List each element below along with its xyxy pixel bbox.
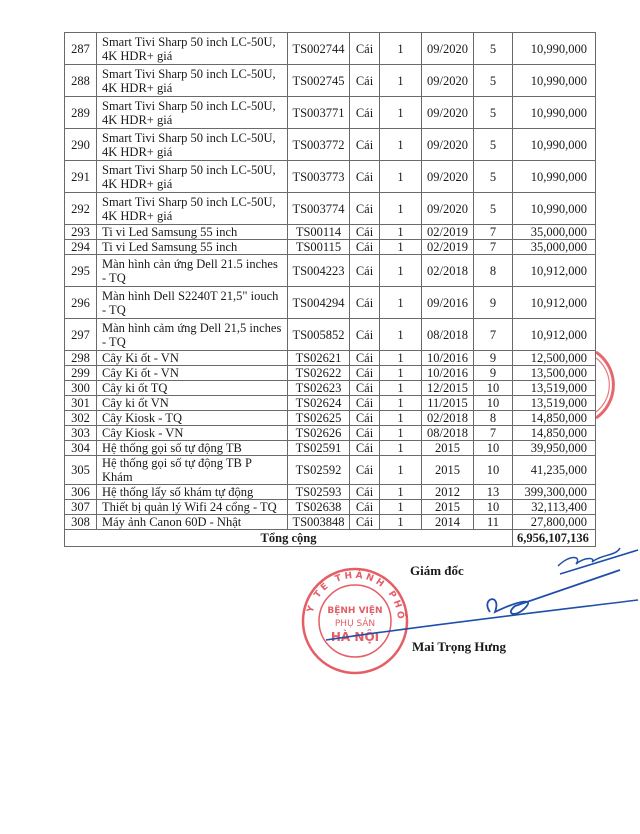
cell-unit: Cái bbox=[350, 225, 380, 240]
cell-unit: Cái bbox=[350, 381, 380, 396]
table-row: 306Hệ thống lấy số khám tự độngTS02593Cá… bbox=[65, 485, 596, 500]
cell-quantity: 1 bbox=[380, 396, 422, 411]
cell-row-number: 308 bbox=[65, 515, 97, 530]
cell-asset-name: Smart Tivi Sharp 50 inch LC-50U, 4K HDR+… bbox=[97, 65, 288, 97]
table-row: 289Smart Tivi Sharp 50 inch LC-50U, 4K H… bbox=[65, 97, 596, 129]
cell-asset-code: TS02624 bbox=[288, 396, 350, 411]
cell-unit: Cái bbox=[350, 65, 380, 97]
cell-quantity: 1 bbox=[380, 441, 422, 456]
cell-acquisition-date: 10/2016 bbox=[422, 351, 474, 366]
cell-asset-name: Máy ảnh Canon 60D - Nhật bbox=[97, 515, 288, 530]
cell-original-value: 35,000,000 bbox=[513, 240, 596, 255]
cell-acquisition-date: 2015 bbox=[422, 500, 474, 515]
cell-acquisition-date: 02/2019 bbox=[422, 240, 474, 255]
cell-asset-name: Màn hình cản ứng Dell 21.5 inches - TQ bbox=[97, 255, 288, 287]
cell-unit: Cái bbox=[350, 97, 380, 129]
cell-asset-name: Ti vi Led Samsung 55 inch bbox=[97, 225, 288, 240]
cell-acquisition-date: 02/2019 bbox=[422, 225, 474, 240]
cell-original-value: 10,990,000 bbox=[513, 97, 596, 129]
cell-years-used: 13 bbox=[474, 485, 513, 500]
cell-acquisition-date: 2015 bbox=[422, 456, 474, 485]
cell-unit: Cái bbox=[350, 515, 380, 530]
cell-original-value: 14,850,000 bbox=[513, 426, 596, 441]
cell-unit: Cái bbox=[350, 485, 380, 500]
table-row: 307Thiết bị quản lý Wifi 24 cổng - TQTS0… bbox=[65, 500, 596, 515]
table-row: 298Cây Ki ốt - VNTS02621Cái110/2016912,5… bbox=[65, 351, 596, 366]
cell-unit: Cái bbox=[350, 366, 380, 381]
cell-acquisition-date: 10/2016 bbox=[422, 366, 474, 381]
cell-asset-code: TS003771 bbox=[288, 97, 350, 129]
cell-asset-code: TS02592 bbox=[288, 456, 350, 485]
cell-asset-code: TS003848 bbox=[288, 515, 350, 530]
cell-asset-name: Ti vi Led Samsung 55 inch bbox=[97, 240, 288, 255]
cell-years-used: 5 bbox=[474, 33, 513, 65]
cell-original-value: 399,300,000 bbox=[513, 485, 596, 500]
cell-row-number: 307 bbox=[65, 500, 97, 515]
cell-unit: Cái bbox=[350, 193, 380, 225]
cell-acquisition-date: 08/2018 bbox=[422, 426, 474, 441]
table-row: 293Ti vi Led Samsung 55 inchTS00114Cái10… bbox=[65, 225, 596, 240]
cell-asset-code: TS003772 bbox=[288, 129, 350, 161]
cell-asset-name: Smart Tivi Sharp 50 inch LC-50U, 4K HDR+… bbox=[97, 129, 288, 161]
cell-years-used: 11 bbox=[474, 515, 513, 530]
cell-original-value: 12,500,000 bbox=[513, 351, 596, 366]
cell-row-number: 287 bbox=[65, 33, 97, 65]
cell-unit: Cái bbox=[350, 129, 380, 161]
cell-row-number: 294 bbox=[65, 240, 97, 255]
cell-original-value: 10,912,000 bbox=[513, 319, 596, 351]
cell-acquisition-date: 09/2020 bbox=[422, 193, 474, 225]
cell-quantity: 1 bbox=[380, 161, 422, 193]
cell-unit: Cái bbox=[350, 351, 380, 366]
cell-unit: Cái bbox=[350, 161, 380, 193]
cell-original-value: 35,000,000 bbox=[513, 225, 596, 240]
cell-row-number: 288 bbox=[65, 65, 97, 97]
cell-original-value: 10,990,000 bbox=[513, 193, 596, 225]
cell-original-value: 14,850,000 bbox=[513, 411, 596, 426]
cell-row-number: 300 bbox=[65, 381, 97, 396]
cell-quantity: 1 bbox=[380, 129, 422, 161]
cell-asset-code: TS002745 bbox=[288, 65, 350, 97]
cell-asset-name: Smart Tivi Sharp 50 inch LC-50U, 4K HDR+… bbox=[97, 33, 288, 65]
cell-asset-code: TS02621 bbox=[288, 351, 350, 366]
cell-years-used: 9 bbox=[474, 351, 513, 366]
table-row: 303Cây Kiosk - VNTS02626Cái108/2018714,8… bbox=[65, 426, 596, 441]
cell-quantity: 1 bbox=[380, 193, 422, 225]
cell-asset-name: Thiết bị quản lý Wifi 24 cổng - TQ bbox=[97, 500, 288, 515]
cell-original-value: 10,990,000 bbox=[513, 33, 596, 65]
cell-asset-code: TS02623 bbox=[288, 381, 350, 396]
cell-quantity: 1 bbox=[380, 351, 422, 366]
cell-unit: Cái bbox=[350, 319, 380, 351]
cell-asset-code: TS02638 bbox=[288, 500, 350, 515]
cell-original-value: 27,800,000 bbox=[513, 515, 596, 530]
table-row: 292Smart Tivi Sharp 50 inch LC-50U, 4K H… bbox=[65, 193, 596, 225]
cell-quantity: 1 bbox=[380, 319, 422, 351]
table-row: 294Ti vi Led Samsung 55 inchTS00115Cái10… bbox=[65, 240, 596, 255]
cell-quantity: 1 bbox=[380, 240, 422, 255]
cell-unit: Cái bbox=[350, 240, 380, 255]
cell-acquisition-date: 09/2020 bbox=[422, 33, 474, 65]
cell-years-used: 10 bbox=[474, 500, 513, 515]
table-row: 304Hệ thống gọi số tự động TBTS02591Cái1… bbox=[65, 441, 596, 456]
cell-acquisition-date: 02/2018 bbox=[422, 255, 474, 287]
cell-quantity: 1 bbox=[380, 456, 422, 485]
cell-asset-name: Cây Kiosk - TQ bbox=[97, 411, 288, 426]
cell-asset-code: TS02626 bbox=[288, 426, 350, 441]
cell-acquisition-date: 09/2020 bbox=[422, 161, 474, 193]
table-row: 299Cây Ki ốt - VNTS02622Cái110/2016913,5… bbox=[65, 366, 596, 381]
cell-row-number: 302 bbox=[65, 411, 97, 426]
cell-asset-code: TS004294 bbox=[288, 287, 350, 319]
cell-quantity: 1 bbox=[380, 366, 422, 381]
cell-row-number: 298 bbox=[65, 351, 97, 366]
cell-acquisition-date: 2014 bbox=[422, 515, 474, 530]
cell-years-used: 9 bbox=[474, 366, 513, 381]
table-row: 290Smart Tivi Sharp 50 inch LC-50U, 4K H… bbox=[65, 129, 596, 161]
cell-quantity: 1 bbox=[380, 485, 422, 500]
director-name: Mai Trọng Hưng bbox=[412, 639, 506, 655]
cell-asset-code: TS00114 bbox=[288, 225, 350, 240]
asset-table-container: 287Smart Tivi Sharp 50 inch LC-50U, 4K H… bbox=[64, 32, 595, 547]
cell-row-number: 291 bbox=[65, 161, 97, 193]
cell-row-number: 297 bbox=[65, 319, 97, 351]
cell-original-value: 32,113,400 bbox=[513, 500, 596, 515]
cell-years-used: 10 bbox=[474, 441, 513, 456]
cell-row-number: 303 bbox=[65, 426, 97, 441]
cell-quantity: 1 bbox=[380, 33, 422, 65]
cell-years-used: 5 bbox=[474, 161, 513, 193]
cell-row-number: 295 bbox=[65, 255, 97, 287]
cell-asset-name: Màn hình cảm ứng Dell 21,5 inches - TQ bbox=[97, 319, 288, 351]
cell-unit: Cái bbox=[350, 426, 380, 441]
cell-unit: Cái bbox=[350, 33, 380, 65]
page-seal-edge bbox=[594, 350, 624, 420]
cell-asset-name: Hệ thống gọi số tự động TB bbox=[97, 441, 288, 456]
cell-original-value: 10,912,000 bbox=[513, 255, 596, 287]
cell-acquisition-date: 09/2020 bbox=[422, 129, 474, 161]
cell-original-value: 10,990,000 bbox=[513, 161, 596, 193]
cell-unit: Cái bbox=[350, 456, 380, 485]
cell-acquisition-date: 12/2015 bbox=[422, 381, 474, 396]
cell-quantity: 1 bbox=[380, 381, 422, 396]
cell-asset-name: Hệ thống lấy số khám tự động bbox=[97, 485, 288, 500]
cell-original-value: 10,990,000 bbox=[513, 129, 596, 161]
cell-original-value: 13,519,000 bbox=[513, 396, 596, 411]
table-row: 301Cây ki ốt VNTS02624Cái111/20151013,51… bbox=[65, 396, 596, 411]
table-row: 296Màn hình Dell S2240T 21,5" iouch - TQ… bbox=[65, 287, 596, 319]
cell-years-used: 7 bbox=[474, 426, 513, 441]
cell-years-used: 10 bbox=[474, 456, 513, 485]
cell-asset-code: TS00115 bbox=[288, 240, 350, 255]
cell-years-used: 8 bbox=[474, 255, 513, 287]
cell-quantity: 1 bbox=[380, 65, 422, 97]
cell-original-value: 13,500,000 bbox=[513, 366, 596, 381]
cell-quantity: 1 bbox=[380, 426, 422, 441]
cell-quantity: 1 bbox=[380, 500, 422, 515]
cell-original-value: 39,950,000 bbox=[513, 441, 596, 456]
cell-row-number: 293 bbox=[65, 225, 97, 240]
cell-quantity: 1 bbox=[380, 255, 422, 287]
cell-asset-name: Hệ thống gọi số tự động TB P Khám bbox=[97, 456, 288, 485]
cell-asset-name: Cây Ki ốt - VN bbox=[97, 366, 288, 381]
cell-acquisition-date: 2015 bbox=[422, 441, 474, 456]
cell-unit: Cái bbox=[350, 411, 380, 426]
cell-asset-code: TS02591 bbox=[288, 441, 350, 456]
cell-years-used: 5 bbox=[474, 129, 513, 161]
cell-row-number: 301 bbox=[65, 396, 97, 411]
cell-years-used: 10 bbox=[474, 381, 513, 396]
director-title: Giám đốc bbox=[410, 563, 464, 579]
cell-row-number: 296 bbox=[65, 287, 97, 319]
cell-original-value: 13,519,000 bbox=[513, 381, 596, 396]
table-row: 305Hệ thống gọi số tự động TB P KhámTS02… bbox=[65, 456, 596, 485]
cell-asset-name: Smart Tivi Sharp 50 inch LC-50U, 4K HDR+… bbox=[97, 97, 288, 129]
cell-years-used: 8 bbox=[474, 411, 513, 426]
cell-asset-name: Cây ki ốt VN bbox=[97, 396, 288, 411]
cell-asset-code: TS003774 bbox=[288, 193, 350, 225]
cell-asset-code: TS02625 bbox=[288, 411, 350, 426]
cell-unit: Cái bbox=[350, 287, 380, 319]
cell-original-value: 10,912,000 bbox=[513, 287, 596, 319]
cell-row-number: 304 bbox=[65, 441, 97, 456]
cell-row-number: 292 bbox=[65, 193, 97, 225]
table-row: 288Smart Tivi Sharp 50 inch LC-50U, 4K H… bbox=[65, 65, 596, 97]
cell-years-used: 9 bbox=[474, 287, 513, 319]
cell-years-used: 7 bbox=[474, 240, 513, 255]
table-row: 295Màn hình cản ứng Dell 21.5 inches - T… bbox=[65, 255, 596, 287]
cell-acquisition-date: 11/2015 bbox=[422, 396, 474, 411]
cell-unit: Cái bbox=[350, 500, 380, 515]
cell-original-value: 10,990,000 bbox=[513, 65, 596, 97]
table-row: 287Smart Tivi Sharp 50 inch LC-50U, 4K H… bbox=[65, 33, 596, 65]
cell-asset-code: TS003773 bbox=[288, 161, 350, 193]
cell-unit: Cái bbox=[350, 441, 380, 456]
cell-asset-name: Smart Tivi Sharp 50 inch LC-50U, 4K HDR+… bbox=[97, 161, 288, 193]
cell-quantity: 1 bbox=[380, 411, 422, 426]
cell-years-used: 5 bbox=[474, 97, 513, 129]
cell-row-number: 305 bbox=[65, 456, 97, 485]
cell-row-number: 306 bbox=[65, 485, 97, 500]
cell-acquisition-date: 2012 bbox=[422, 485, 474, 500]
cell-asset-name: Cây ki ốt TQ bbox=[97, 381, 288, 396]
cell-years-used: 7 bbox=[474, 319, 513, 351]
cell-acquisition-date: 09/2020 bbox=[422, 97, 474, 129]
table-row: 300Cây ki ốt TQTS02623Cái112/20151013,51… bbox=[65, 381, 596, 396]
cell-acquisition-date: 02/2018 bbox=[422, 411, 474, 426]
table-row: 291Smart Tivi Sharp 50 inch LC-50U, 4K H… bbox=[65, 161, 596, 193]
cell-asset-name: Cây Ki ốt - VN bbox=[97, 351, 288, 366]
table-row: 297Màn hình cảm ứng Dell 21,5 inches - T… bbox=[65, 319, 596, 351]
cell-years-used: 10 bbox=[474, 396, 513, 411]
asset-table: 287Smart Tivi Sharp 50 inch LC-50U, 4K H… bbox=[64, 32, 596, 547]
cell-asset-code: TS002744 bbox=[288, 33, 350, 65]
cell-row-number: 290 bbox=[65, 129, 97, 161]
cell-years-used: 5 bbox=[474, 193, 513, 225]
cell-row-number: 289 bbox=[65, 97, 97, 129]
cell-quantity: 1 bbox=[380, 225, 422, 240]
table-row: 308Máy ảnh Canon 60D - NhậtTS003848Cái12… bbox=[65, 515, 596, 530]
cell-quantity: 1 bbox=[380, 287, 422, 319]
cell-asset-name: Màn hình Dell S2240T 21,5" iouch - TQ bbox=[97, 287, 288, 319]
table-row: 302Cây Kiosk - TQTS02625Cái102/2018814,8… bbox=[65, 411, 596, 426]
cell-years-used: 5 bbox=[474, 65, 513, 97]
cell-years-used: 7 bbox=[474, 225, 513, 240]
cell-acquisition-date: 09/2020 bbox=[422, 65, 474, 97]
cell-asset-code: TS005852 bbox=[288, 319, 350, 351]
cell-asset-name: Smart Tivi Sharp 50 inch LC-50U, 4K HDR+… bbox=[97, 193, 288, 225]
cell-unit: Cái bbox=[350, 396, 380, 411]
cell-asset-name: Cây Kiosk - VN bbox=[97, 426, 288, 441]
cell-quantity: 1 bbox=[380, 515, 422, 530]
cell-unit: Cái bbox=[350, 255, 380, 287]
cell-quantity: 1 bbox=[380, 97, 422, 129]
cell-original-value: 41,235,000 bbox=[513, 456, 596, 485]
cell-asset-code: TS02622 bbox=[288, 366, 350, 381]
cell-asset-code: TS02593 bbox=[288, 485, 350, 500]
cell-asset-code: TS004223 bbox=[288, 255, 350, 287]
cell-acquisition-date: 09/2016 bbox=[422, 287, 474, 319]
cell-row-number: 299 bbox=[65, 366, 97, 381]
cell-acquisition-date: 08/2018 bbox=[422, 319, 474, 351]
